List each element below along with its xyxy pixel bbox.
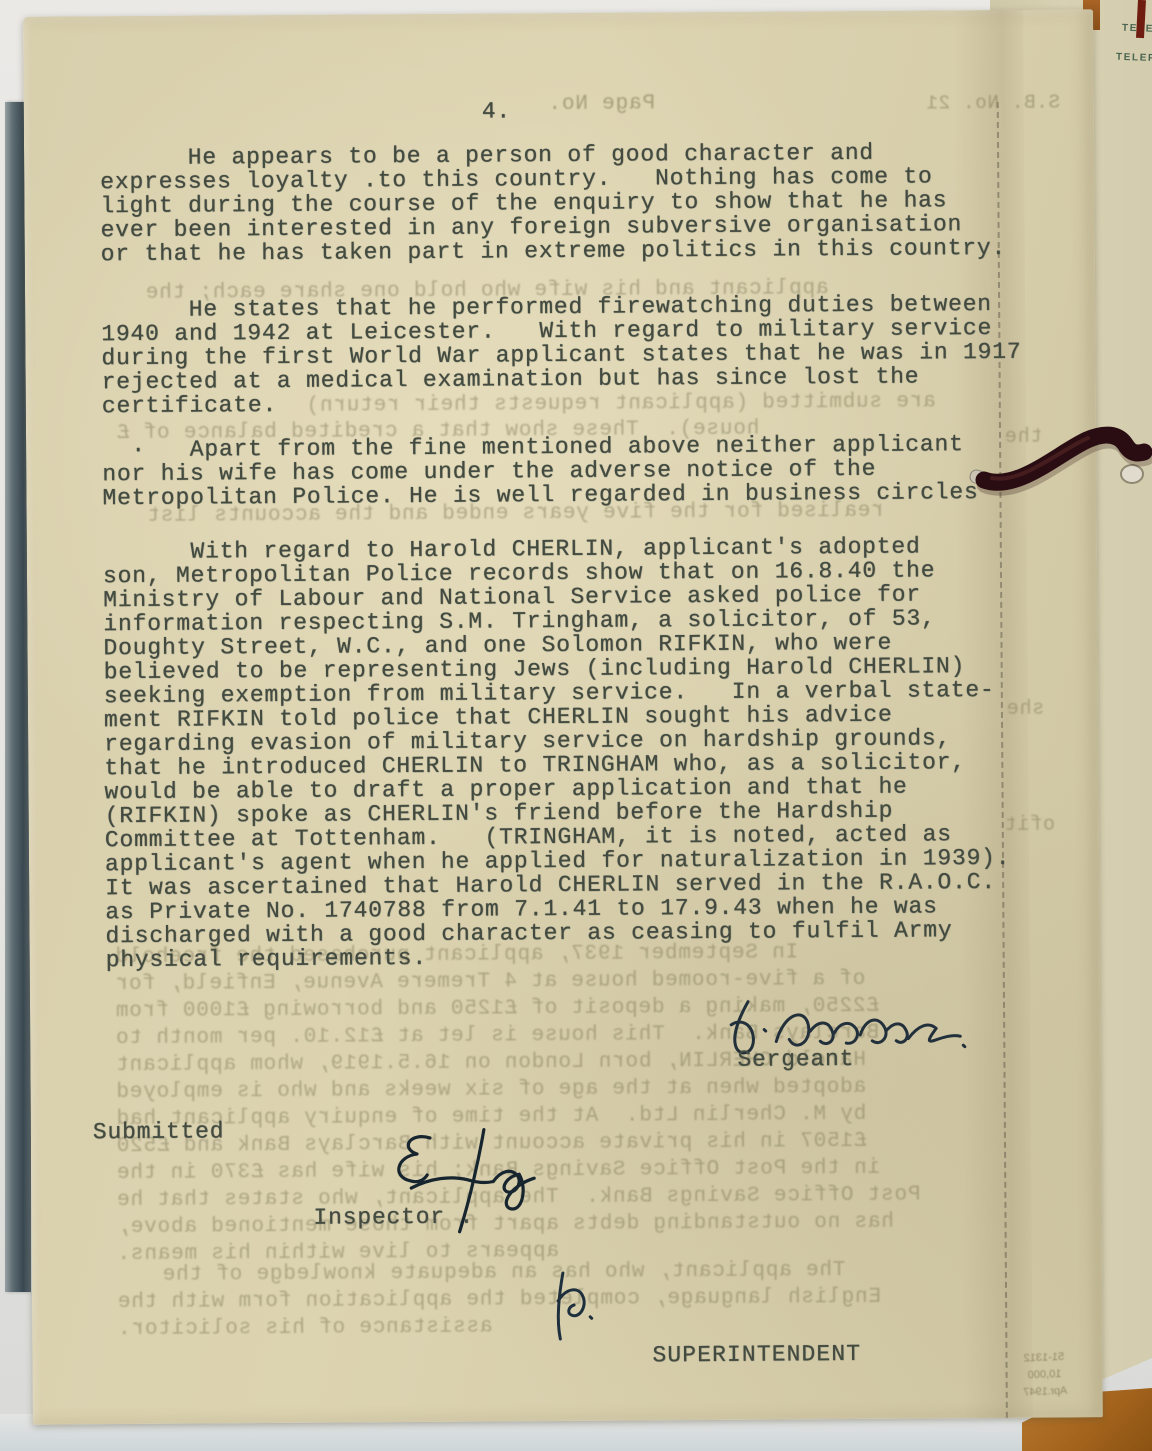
typed-line: or that he has taken part in extreme pol… [101, 236, 1006, 266]
bleedthrough-form-footer: 51-1312 10,000 Apr.1947 [984, 1347, 1103, 1403]
bleedthrough-line: ofit [1004, 814, 1055, 837]
page-number: 4. [482, 99, 511, 123]
typed-line: physical requirements. [106, 946, 427, 972]
telephone-label-fragment: TELEPHONE [1116, 52, 1152, 66]
sergeant-title: Sergeant [737, 1047, 854, 1072]
report-page: 4. Page No. S.B. No. 21 applicant and hi… [23, 9, 1103, 1424]
typed-body: He appears to be a person of good charac… [23, 9, 1093, 16]
typed-line: certificate. [102, 393, 277, 418]
scanned-archive-photo: TELEGRAMS TELEPHONE 4. Page No. S.B. No.… [0, 0, 1152, 1451]
treasury-tag-cord [962, 398, 1152, 513]
punch-hole-eyelet [1121, 465, 1143, 483]
superintendent-label: SUPERINTENDENT [652, 1342, 861, 1367]
inspector-title: Inspector . [313, 1205, 474, 1230]
superintendent-initial-signature [547, 1263, 603, 1353]
bleedthrough-serial-label: S.B. No. 21 [926, 92, 1060, 115]
bleedthrough-line: assistance of his solicitor. [117, 1316, 492, 1342]
bleedthrough-layer: applicant and his wife who hold one shar… [23, 9, 1093, 16]
bleedthrough-line: English language, completed the applicat… [117, 1286, 881, 1314]
submitted-label: Submitted [93, 1119, 225, 1144]
bleedthrough-line: are submitted (applicant requests their … [306, 390, 936, 417]
bleedthrough-line: The applicant, who has an adequate knowl… [162, 1259, 846, 1287]
typed-line: discharged with a good character as ceas… [105, 918, 952, 948]
typed-line: Metropolitan Police. He is well regarded… [102, 480, 978, 510]
bleedthrough-line: adopted when at the age of six weeks and… [116, 1076, 867, 1104]
bleedthrough-page-no-label: Page No. [548, 92, 655, 116]
bleedthrough-line: she [1006, 698, 1045, 721]
typed-line: rejected at a medical examination but ha… [102, 365, 920, 395]
